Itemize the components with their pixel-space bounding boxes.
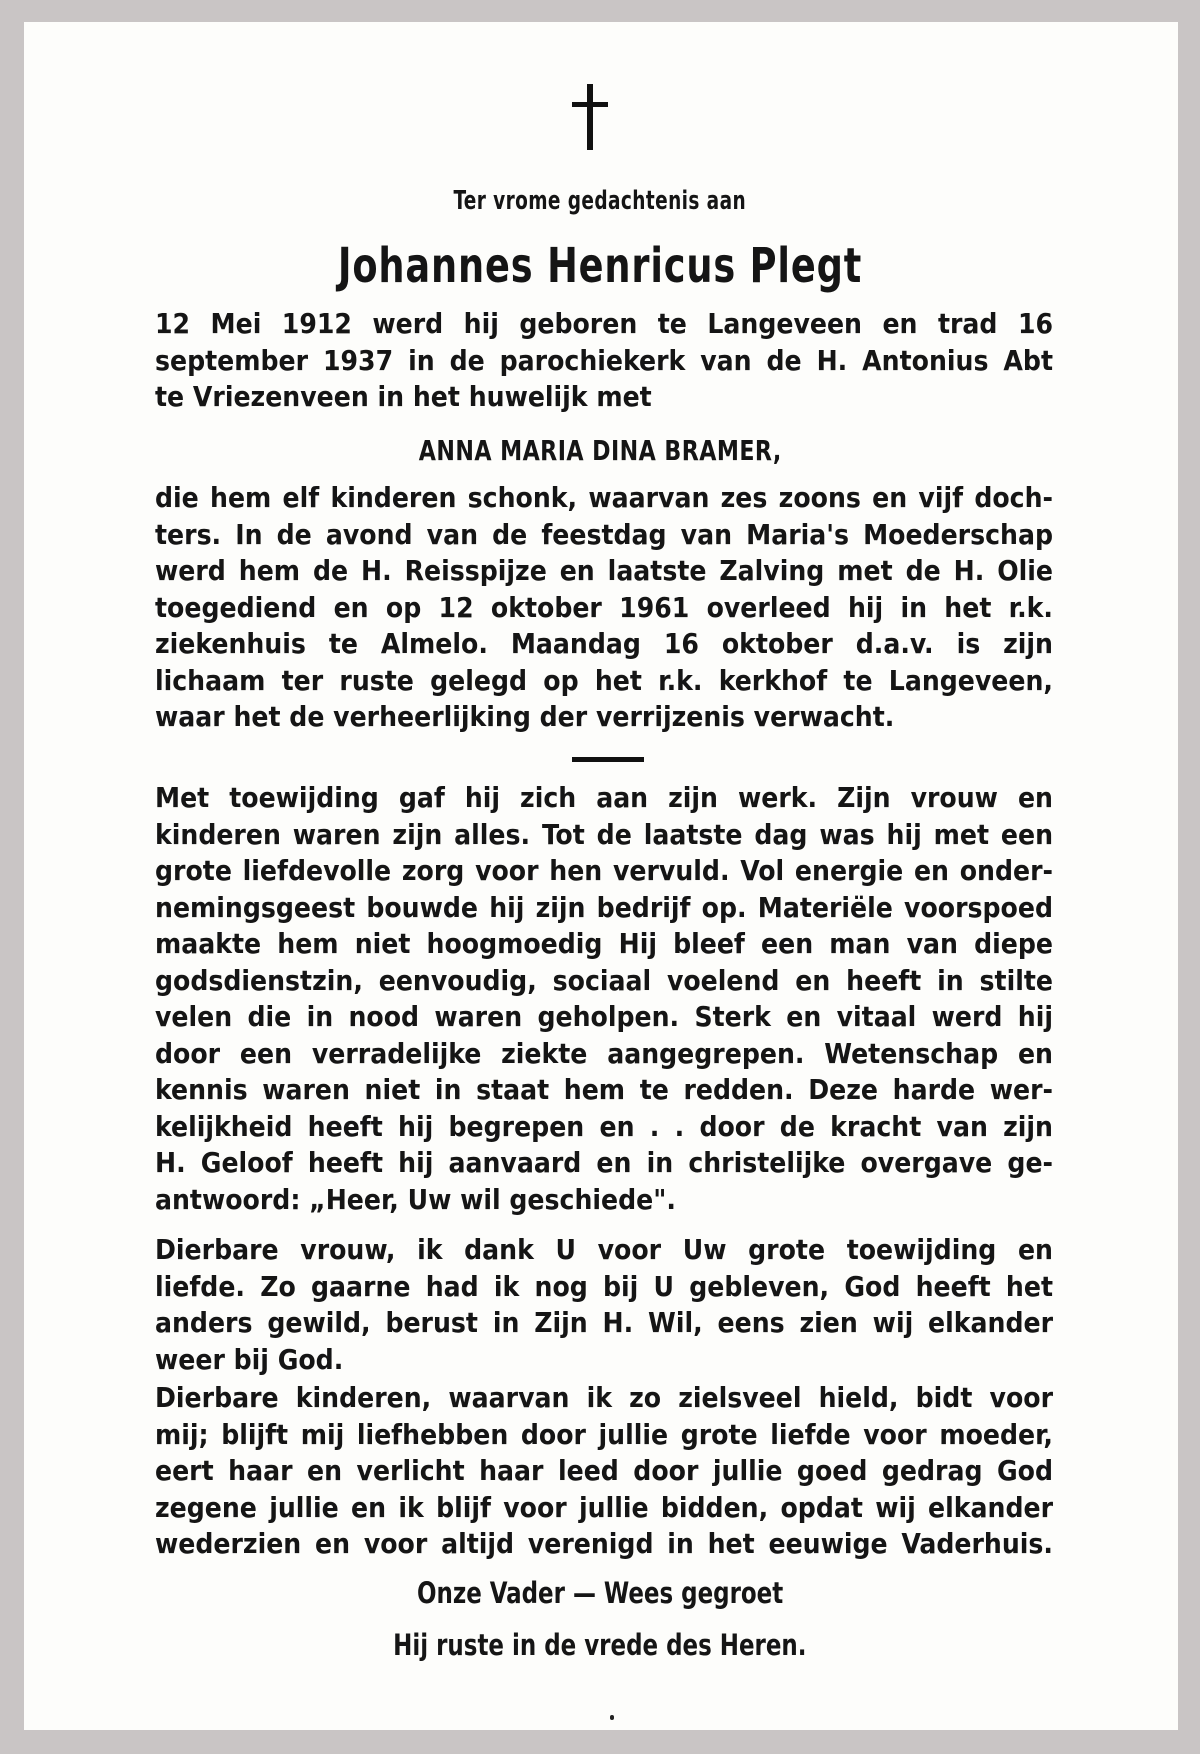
- text-line: H. Geloof heeft hij aanvaard en in chris…: [155, 1145, 1053, 1182]
- deceased-name-text: Johannes Henricus Plegt: [338, 238, 862, 294]
- rest-in-peace-line: Hij ruste in de vrede des Heren.: [0, 1628, 1200, 1662]
- text-line: kelijkheid heeft hij begrepen en . . doo…: [155, 1109, 1053, 1146]
- text-line: september 1937 in de parochiekerk van de…: [155, 343, 1053, 380]
- text-line: Dierbare kinderen, waarvan ik zo zielsve…: [155, 1380, 1053, 1417]
- text-line: door een verradelijke ziekte aangegrepen…: [155, 1036, 1053, 1073]
- cross-vertical-bar: [587, 84, 593, 150]
- text-line: kennis waren niet in staat hem te redden…: [155, 1072, 1053, 1109]
- cross-horizontal-bar: [572, 102, 608, 107]
- prayers-line: Onze Vader — Wees gegroet: [0, 1576, 1200, 1610]
- text-line: kinderen waren zijn alles. Tot de laatst…: [155, 817, 1053, 854]
- spouse-name-text: ANNA MARIA DINA BRAMER,: [418, 434, 781, 467]
- cross-icon: [572, 84, 608, 150]
- text-line: mij; blijft mij liefhebben door jullie g…: [155, 1417, 1053, 1454]
- text-line: anders gewild, berust in Zijn H. Wil, ee…: [155, 1305, 1053, 1342]
- intro-text: Ter vrome gedachtenis aan: [454, 186, 747, 216]
- closing-text: Hij ruste in de vrede des Heren.: [393, 1628, 806, 1662]
- prayers-text: Onze Vader — Wees gegroet: [417, 1576, 783, 1610]
- text-line: eert haar en verlicht haar leed door jul…: [155, 1453, 1053, 1490]
- text-line: Dierbare vrouw, ik dank U voor Uw grote …: [155, 1232, 1053, 1269]
- paragraph-children-death: die hem elf kinderen schonk, waarvan zes…: [155, 480, 1053, 736]
- paragraph-life-tribute: Met toewijding gaf hij zich aan zijn wer…: [155, 780, 1053, 1218]
- divider-line: [572, 757, 644, 762]
- text-line: 12 Mei 1912 werd hij geboren te Langevee…: [155, 306, 1053, 343]
- paragraph-to-children: Dierbare kinderen, waarvan ik zo zielsve…: [155, 1380, 1053, 1563]
- text-line: ters. In de avond van de feestdag van Ma…: [155, 517, 1053, 554]
- text-line: werd hem de H. Reisspijze en laatste Zal…: [155, 553, 1053, 590]
- intro-line: Ter vrome gedachtenis aan: [60, 186, 1140, 216]
- text-line: grote liefdevolle zorg voor hen vervuld.…: [155, 853, 1053, 890]
- text-line: weer bij God.: [155, 1342, 1053, 1379]
- text-line: zegene jullie en ik blijf voor jullie bi…: [155, 1490, 1053, 1527]
- text-line: maakte hem niet hoogmoedig Hij bleef een…: [155, 926, 1053, 963]
- paragraph-birth-marriage: 12 Mei 1912 werd hij geboren te Langevee…: [155, 306, 1053, 416]
- text-line: godsdienstzin, eenvoudig, sociaal voelen…: [155, 963, 1053, 1000]
- text-line: ziekenhuis te Almelo. Maandag 16 oktober…: [155, 626, 1053, 663]
- text-line: Met toewijding gaf hij zich aan zijn wer…: [155, 780, 1053, 817]
- text-line: te Vriezenveen in het huwelijk met: [155, 379, 1053, 416]
- text-line: velen die in nood waren geholpen. Sterk …: [155, 999, 1053, 1036]
- text-line: wederzien en voor altijd verenigd in het…: [155, 1526, 1053, 1563]
- text-line: nemingsgeest bouwde hij zijn bedrijf op.…: [155, 890, 1053, 927]
- text-line: lichaam ter ruste gelegd op het r.k. ker…: [155, 663, 1053, 700]
- deceased-name: Johannes Henricus Plegt: [90, 238, 1110, 294]
- text-line: waar het de verheerlijking der verrijzen…: [155, 699, 1053, 736]
- text-line: antwoord: „Heer, Uw wil geschiede".: [155, 1182, 1053, 1219]
- text-line: die hem elf kinderen schonk, waarvan zes…: [155, 480, 1053, 517]
- spouse-name: ANNA MARIA DINA BRAMER,: [0, 434, 1200, 467]
- print-speck: [610, 1715, 614, 1720]
- text-line: liefde. Zo gaarne had ik nog bij U geble…: [155, 1269, 1053, 1306]
- text-line: toegediend en op 12 oktober 1961 overlee…: [155, 590, 1053, 627]
- paragraph-to-wife: Dierbare vrouw, ik dank U voor Uw grote …: [155, 1232, 1053, 1378]
